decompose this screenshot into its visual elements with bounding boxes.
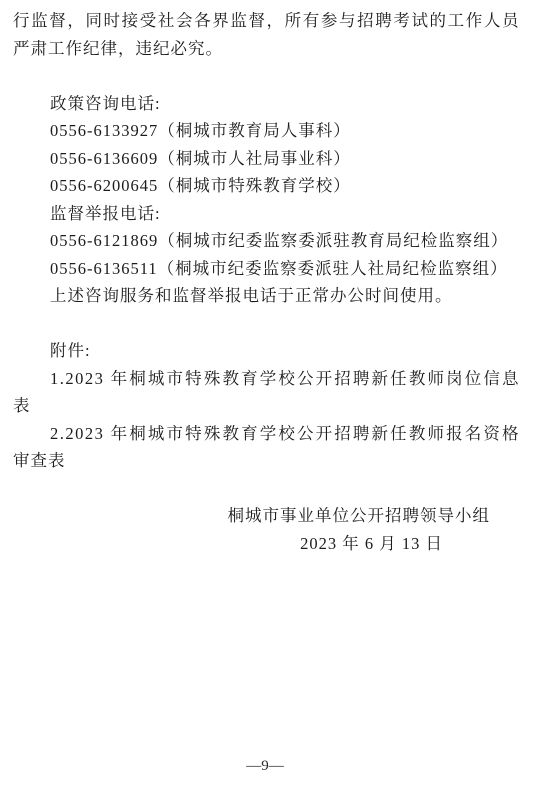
attachment-item-1-line-1: 1.2023 年桐城市特殊教育学校公开招聘新任教师岗位信息 xyxy=(13,365,520,393)
attachment-item-1-line-2: 表 xyxy=(13,392,520,420)
policy-phone-item: 0556-6133927（桐城市教育局人事科） xyxy=(13,117,520,145)
policy-phone-item: 0556-6136609（桐城市人社局事业科） xyxy=(13,145,520,173)
continuation-paragraph-line-2: 严肃工作纪律，违纪必究。 xyxy=(13,35,520,63)
document-body: 行监督，同时接受社会各界监督，所有参与招聘考试的工作人员 严肃工作纪律，违纪必究… xyxy=(0,0,554,557)
attachment-item-2-line-1: 2.2023 年桐城市特殊教育学校公开招聘新任教师报名资格 xyxy=(13,420,520,448)
signature-date: 2023 年 6 月 13 日 xyxy=(13,530,520,558)
report-phone-heading: 监督举报电话: xyxy=(13,200,520,228)
report-phone-item: 0556-6121869（桐城市纪委监察委派驻教育局纪检监察组） xyxy=(13,227,520,255)
page-number: —9— xyxy=(0,756,554,776)
policy-phone-heading: 政策咨询电话: xyxy=(13,90,520,118)
signature-block: 桐城市事业单位公开招聘领导小组 2023 年 6 月 13 日 xyxy=(13,502,520,557)
attachment-item-2-line-2: 审查表 xyxy=(13,447,520,475)
report-phone-item: 0556-6136511（桐城市纪委监察委派驻人社局纪检监察组） xyxy=(13,255,520,283)
continuation-paragraph-line-1: 行监督，同时接受社会各界监督，所有参与招聘考试的工作人员 xyxy=(13,7,520,35)
signature-organization: 桐城市事业单位公开招聘领导小组 xyxy=(13,502,520,530)
phone-usage-note: 上述咨询服务和监督举报电话于正常办公时间使用。 xyxy=(13,282,520,310)
attachments-heading: 附件: xyxy=(13,337,520,365)
document-page: 行监督，同时接受社会各界监督，所有参与招聘考试的工作人员 严肃工作纪律，违纪必究… xyxy=(0,0,554,792)
policy-phone-item: 0556-6200645（桐城市特殊教育学校） xyxy=(13,172,520,200)
